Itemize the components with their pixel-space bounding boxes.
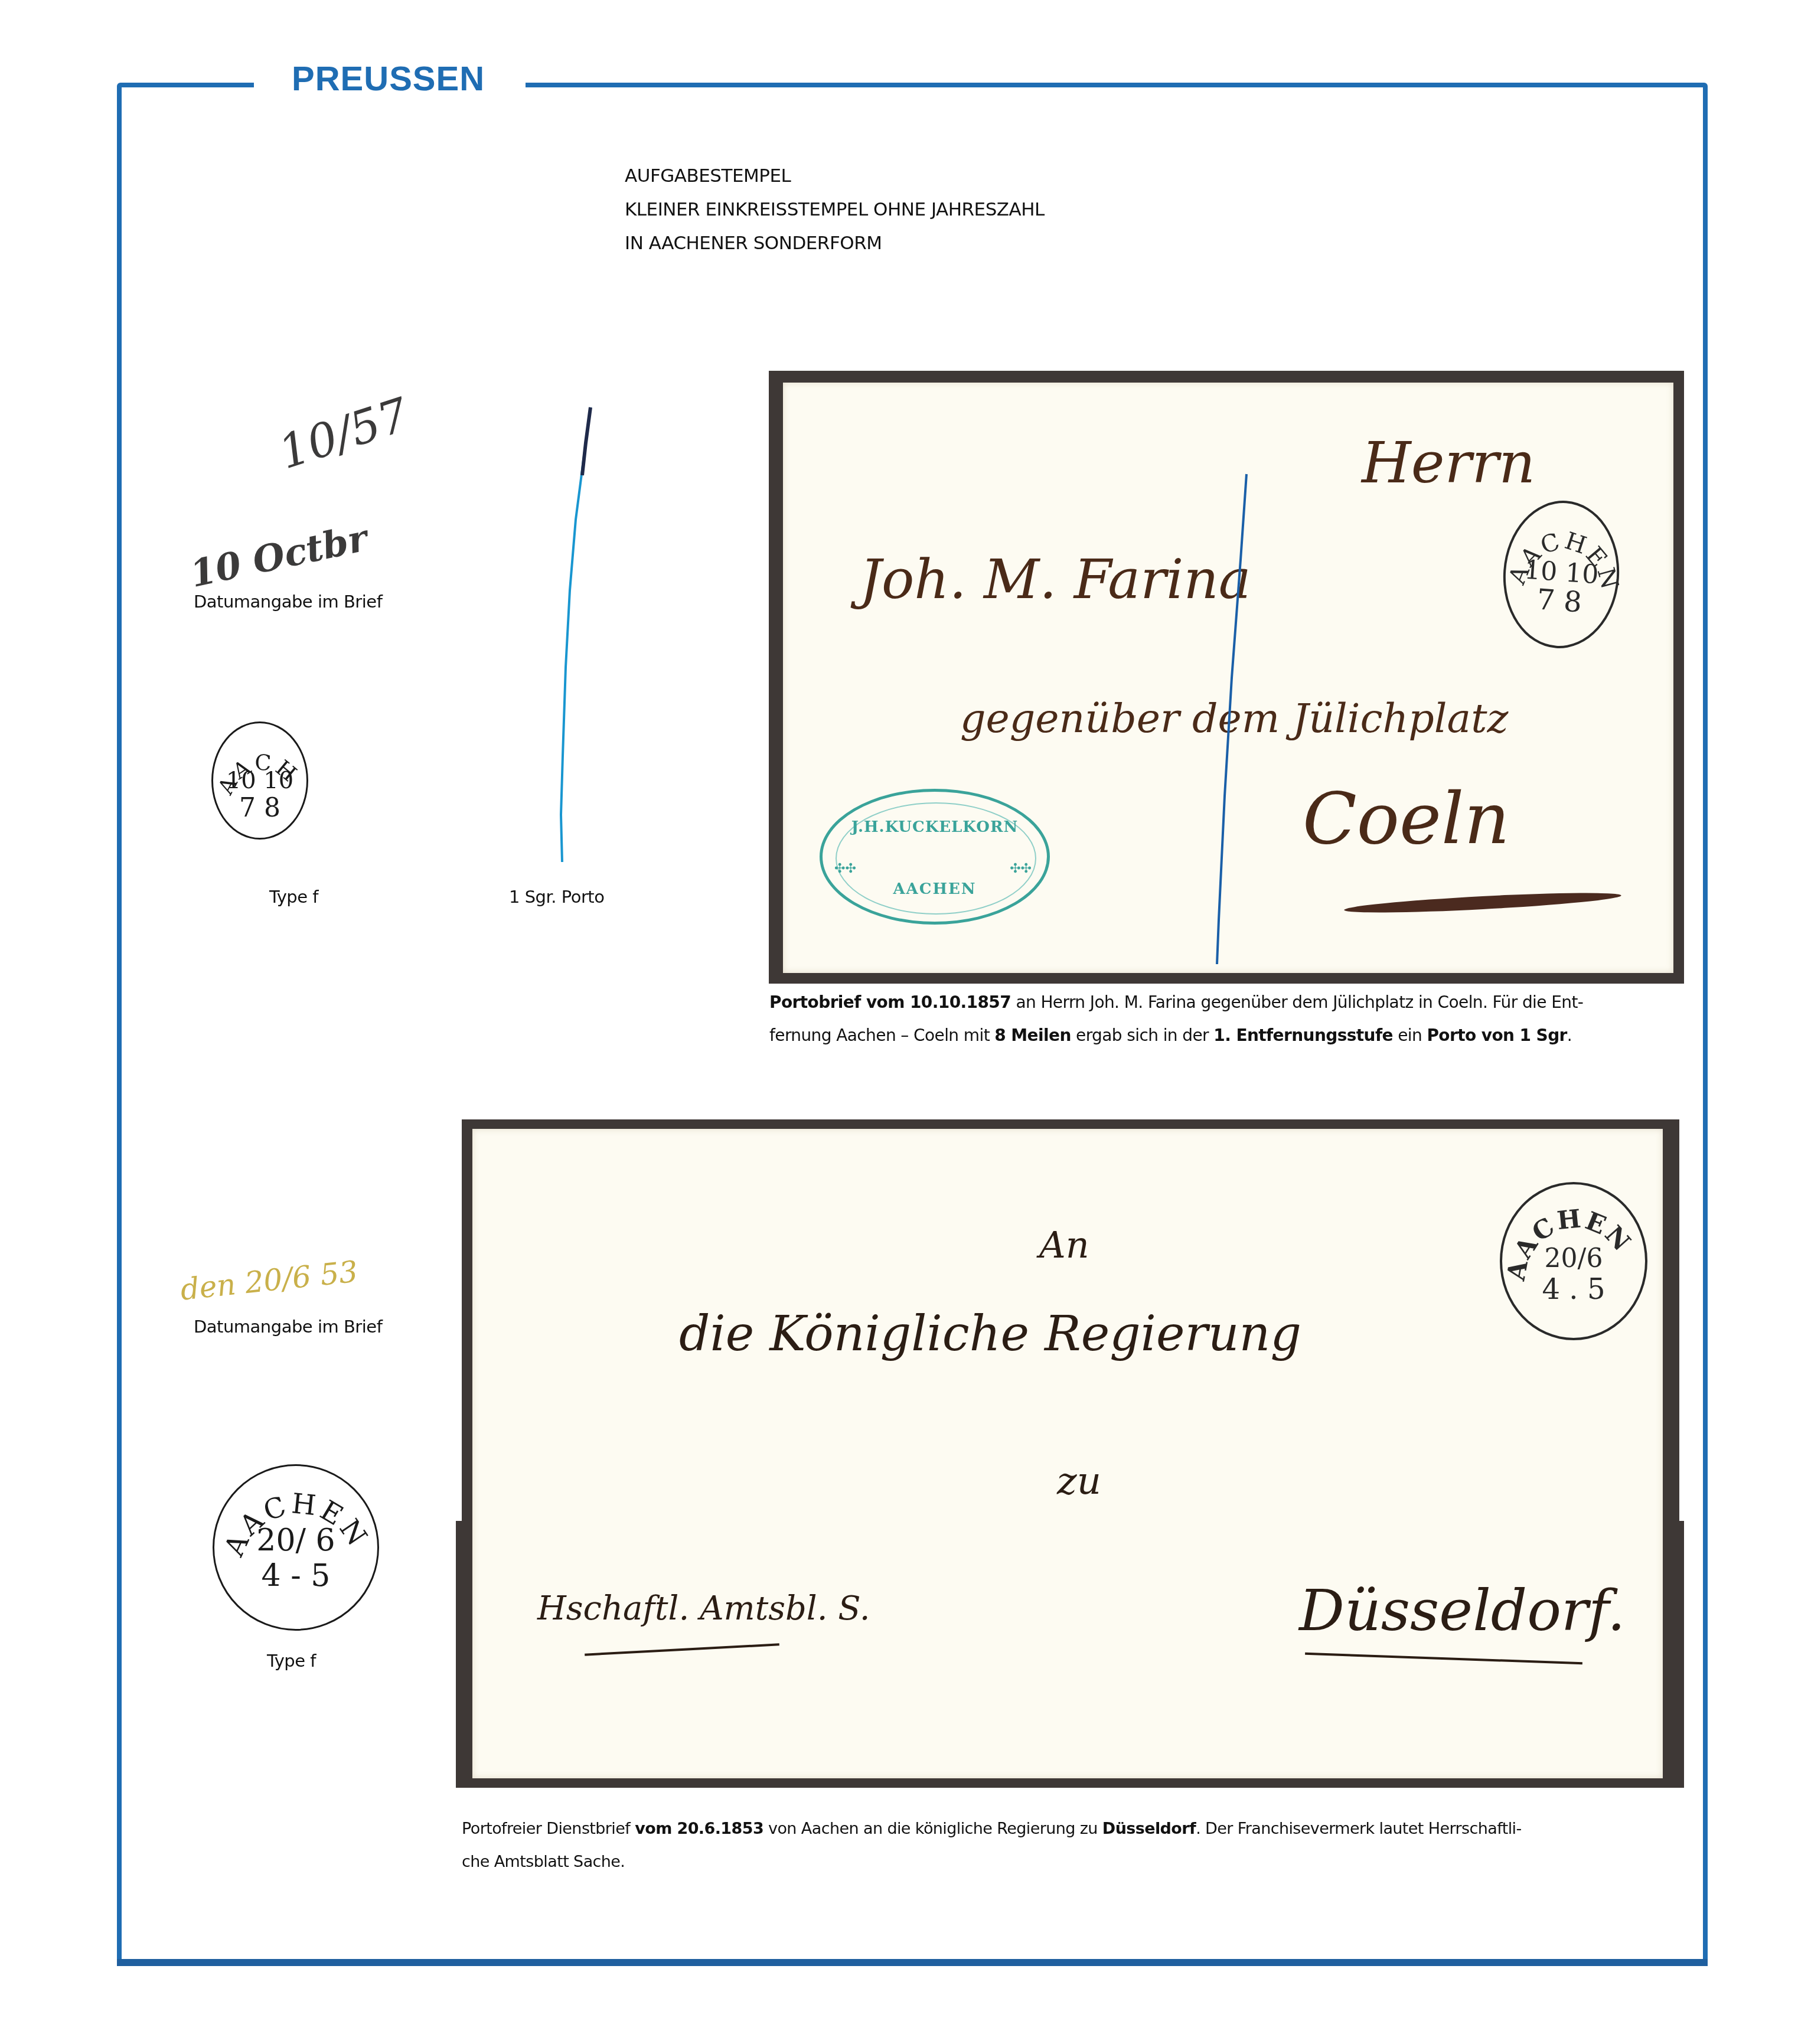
caption-run: Düsseldorf (1102, 1820, 1196, 1838)
duesseldorf-underline (1305, 1653, 1582, 1664)
section-heading: AUFGABESTEMPEL KLEINER EINKREISSTEMPEL O… (625, 159, 1045, 260)
heading-line-2: KLEINER EINKREISSTEMPEL OHNE JAHRESZAHL (625, 193, 1045, 227)
cover-2-postmark-time: 4 . 5 (1502, 1273, 1645, 1306)
address-line-zu: zu (1057, 1459, 1101, 1503)
caption-run: . Der Franchisevermerk lautet Herrschaft… (1196, 1820, 1521, 1838)
city-underline (1344, 889, 1622, 917)
caption-run: Portofreier Dienstbrief (462, 1820, 635, 1838)
address-line-regierung: die Königliche Regierung (679, 1306, 1301, 1362)
caption-run: . (1567, 1026, 1572, 1045)
stamp-caption-2: Type f (267, 1651, 316, 1671)
sender-stamp-ornament-right: ✣✣ (1010, 861, 1032, 876)
stamp-date: 10 10 (213, 767, 306, 794)
cover-2-description: Portofreier Dienstbrief vom 20.6.1853 vo… (462, 1813, 1714, 1879)
caption-run: che Amtsblatt Sache. (462, 1853, 625, 1871)
address-line-city: Coeln (1303, 778, 1510, 860)
sender-stamp-top: J.H.KUCKELKORN (823, 818, 1047, 836)
franchise-note: Hschaftl. Amtsbl. S. (537, 1589, 870, 1628)
date-caption-2: Datumangabe im Brief (194, 1317, 382, 1337)
caption-run: 8 Meilen (994, 1026, 1071, 1045)
cover-1-description: Portobrief vom 10.10.1857 an Herrn Joh. … (769, 986, 1691, 1052)
caption-run: Portobrief vom 10.10.1857 (769, 992, 1011, 1012)
franchise-note-underline (585, 1643, 779, 1656)
cover-2-dienstbrief: An die Königliche Regierung zu Düsseldor… (472, 1129, 1663, 1778)
cover-1-postmark: AACHEN 10 10 7 8 (1499, 497, 1624, 652)
heading-line-3: IN AACHENER SONDERFORM (625, 227, 1045, 260)
address-line-duesseldorf: Düsseldorf. (1299, 1578, 1626, 1644)
stamp-caption-1: Type f (269, 887, 318, 907)
caption-run: 1. Entfernungsstufe (1213, 1026, 1393, 1045)
sender-stamp-bottom: AACHEN (823, 880, 1047, 898)
porto-mark-stroke (520, 401, 602, 886)
cover-1-portobrief: Herrn Joh. M. Farina gegenüber dem Jülic… (783, 383, 1673, 973)
page-title: PREUSSEN (292, 59, 485, 99)
caption-run: vom 20.6.1853 (635, 1820, 763, 1838)
caption-run: an Herrn Joh. M. Farina gegenüber dem Jü… (1011, 992, 1583, 1012)
caption-run: fernung Aachen – Coeln mit (769, 1026, 994, 1045)
sender-stamp-ornament-left: ✣✣ (834, 861, 856, 876)
address-line-an: An (1039, 1223, 1089, 1266)
cover-2-postmark-date: 20/6 (1502, 1243, 1645, 1274)
page-frame-bottom-rule (117, 1959, 1708, 1966)
caption-run: Porto von 1 Sgr (1427, 1026, 1567, 1045)
postmark-illustration-aachen-type-f: AACHEN 10 10 7 8 (211, 721, 308, 840)
cover-2-postmark: AACHEN 20/6 4 . 5 (1500, 1182, 1647, 1340)
postmark-illustration-aachen-type-f-2: AACHEN 20/ 6 4 - 5 (213, 1464, 379, 1631)
porto-mark-caption: 1 Sgr. Porto (509, 887, 604, 907)
address-line-herrn: Herrn (1362, 430, 1535, 496)
stamp-time: 7 8 (213, 793, 306, 823)
stamp-2-date: 20/ 6 (214, 1523, 377, 1558)
stamp-2-time: 4 - 5 (214, 1558, 377, 1594)
porto-mark-on-cover (1190, 471, 1261, 967)
sender-oval-stamp: J.H.KUCKELKORN AACHEN ✣✣ ✣✣ (820, 789, 1050, 925)
caption-run: von Aachen an die königliche Regierung z… (763, 1820, 1102, 1838)
date-caption-1: Datumangabe im Brief (194, 592, 382, 612)
heading-line-1: AUFGABESTEMPEL (625, 159, 1045, 193)
caption-run: ergab sich in der (1071, 1026, 1214, 1045)
caption-run: ein (1393, 1026, 1427, 1045)
